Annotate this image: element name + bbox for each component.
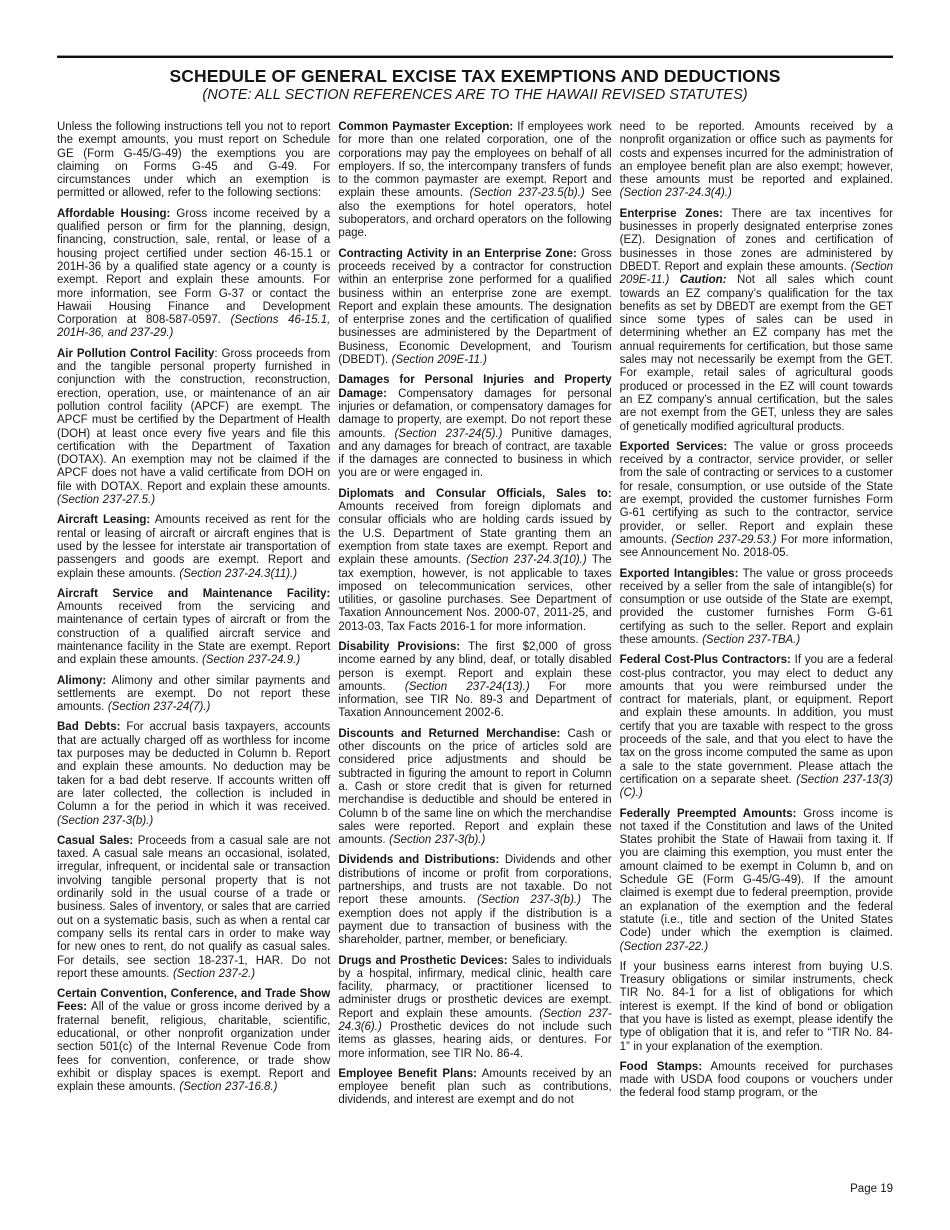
page-container: SCHEDULE OF GENERAL EXCISE TAX EXEMPTION… bbox=[0, 0, 950, 1230]
term-heading: Disability Provisions: bbox=[338, 641, 460, 653]
section-reference: (Section 237-24.3(10).) bbox=[466, 554, 586, 566]
paragraph: Aircraft Service and Maintenance Facilit… bbox=[57, 588, 330, 668]
paragraph: Unless the following instructions tell y… bbox=[57, 121, 330, 201]
paragraph: Federally Preempted Amounts: Gross incom… bbox=[620, 808, 893, 954]
term-heading: Drugs and Prosthetic Devices: bbox=[338, 955, 507, 967]
paragraph: Air Pollution Control Facility: Gross pr… bbox=[57, 348, 330, 508]
paragraph: Drugs and Prosthetic Devices: Sales to i… bbox=[338, 955, 611, 1061]
term-heading: Enterprise Zones: bbox=[620, 208, 723, 220]
term-heading: Dividends and Distributions: bbox=[338, 854, 499, 866]
section-reference: (Section 237-16.8.) bbox=[179, 1081, 277, 1093]
term-heading: Affordable Housing: bbox=[57, 208, 170, 220]
body-text-run: For accrual basis taxpayers, accounts th… bbox=[57, 721, 330, 813]
section-reference: (Section 237-23.5(b).) bbox=[470, 187, 585, 199]
document-page: { "header": { "title": "SCHEDULE OF GENE… bbox=[0, 0, 950, 1230]
paragraph: Casual Sales: Proceeds from a casual sal… bbox=[57, 835, 330, 981]
paragraph: Certain Convention, Conference, and Trad… bbox=[57, 988, 330, 1094]
section-reference: (Section 237-3(b).) bbox=[57, 815, 153, 827]
paragraph: Federal Cost-Plus Contractors: If you ar… bbox=[620, 654, 893, 800]
page-title: SCHEDULE OF GENERAL EXCISE TAX EXEMPTION… bbox=[57, 66, 893, 86]
body-text-run: Cash or other discounts on the price of … bbox=[338, 728, 611, 846]
section-reference: (Section 237-27.5.) bbox=[57, 494, 155, 506]
section-reference: (Section 237-24.9.) bbox=[202, 654, 300, 666]
section-reference: (Section 237-24(5).) bbox=[395, 428, 503, 440]
body-text-run: Unless the following instructions tell y… bbox=[57, 121, 330, 199]
page-subtitle: (NOTE: ALL SECTION REFERENCES ARE TO THE… bbox=[57, 87, 893, 104]
paragraph: Contracting Activity in an Enterprise Zo… bbox=[338, 248, 611, 368]
section-reference: (Section 237-3(b).) bbox=[389, 834, 485, 846]
section-reference: (Section 237-24.3(11).) bbox=[179, 568, 297, 580]
body-text-run: All of the value or gross income derived… bbox=[57, 1001, 330, 1093]
section-reference: (Section 237-22.) bbox=[620, 941, 709, 953]
page-number: Page 19 bbox=[850, 1183, 893, 1196]
term-heading: Alimony: bbox=[57, 675, 106, 687]
paragraph: Affordable Housing: Gross income receive… bbox=[57, 208, 330, 341]
paragraph: Employee Benefit Plans: Amounts received… bbox=[338, 1068, 611, 1108]
body-text-run: Gross income received by a qualified per… bbox=[57, 208, 330, 326]
paragraph: Common Paymaster Exception: If employees… bbox=[338, 121, 611, 241]
column-2: Common Paymaster Exception: If employees… bbox=[338, 121, 611, 1115]
text-columns: Unless the following instructions tell y… bbox=[57, 121, 893, 1115]
paragraph: Alimony: Alimony and other similar payme… bbox=[57, 675, 330, 715]
paragraph: Disability Provisions: The first $2,000 … bbox=[338, 641, 611, 721]
body-text-run: Gross proceeds received by a contractor … bbox=[338, 248, 611, 366]
paragraph: Discounts and Returned Merchandise: Cash… bbox=[338, 728, 611, 848]
paragraph: If your business earns interest from buy… bbox=[620, 961, 893, 1054]
term-heading: Casual Sales: bbox=[57, 835, 133, 847]
body-text-run: Not all sales which count towards an EZ … bbox=[620, 274, 893, 432]
body-text-run: The value or gross proceeds received by … bbox=[620, 441, 893, 546]
section-reference: (Section 237-TBA.) bbox=[702, 634, 800, 646]
paragraph: Enterprise Zones: There are tax incentiv… bbox=[620, 208, 893, 434]
body-text-run: need to be reported. Amounts received by… bbox=[620, 121, 893, 186]
section-reference: (Section 237-3(b).) bbox=[477, 894, 581, 906]
term-heading: Bad Debts: bbox=[57, 721, 120, 733]
term-heading: Federally Preempted Amounts: bbox=[620, 808, 797, 820]
caution-label: Caution: bbox=[680, 274, 727, 286]
section-reference: (Section 237-24(13).) bbox=[405, 681, 530, 693]
body-text-run: If you are a federal cost-plus contracto… bbox=[620, 654, 893, 786]
term-heading: Aircraft Service and Maintenance Facilit… bbox=[57, 588, 330, 600]
term-heading: Food Stamps: bbox=[620, 1061, 703, 1073]
paragraph: Exported Services: The value or gross pr… bbox=[620, 441, 893, 561]
column-1: Unless the following instructions tell y… bbox=[57, 121, 330, 1115]
section-reference: (Section 237-24.3(4).) bbox=[620, 187, 732, 199]
body-text-run: Gross income is not taxed if the Constit… bbox=[620, 808, 893, 940]
body-text-run: : Gross proceeds from and the tangible p… bbox=[57, 348, 330, 493]
section-reference: (Section 237-24(7).) bbox=[108, 701, 211, 713]
term-heading: Contracting Activity in an Enterprise Zo… bbox=[338, 248, 576, 260]
term-heading: Exported Intangibles: bbox=[620, 568, 739, 580]
term-heading: Employee Benefit Plans: bbox=[338, 1068, 477, 1080]
paragraph: Bad Debts: For accrual basis taxpayers, … bbox=[57, 721, 330, 827]
paragraph: Diplomats and Consular Officials, Sales … bbox=[338, 488, 611, 634]
term-heading: Aircraft Leasing: bbox=[57, 514, 150, 526]
term-heading: Air Pollution Control Facility bbox=[57, 348, 214, 360]
body-text-run: Proceeds from a casual sale are not taxe… bbox=[57, 835, 330, 980]
term-heading: Exported Services: bbox=[620, 441, 728, 453]
section-reference: (Section 237-2.) bbox=[173, 968, 255, 980]
horizontal-rule bbox=[57, 55, 893, 58]
paragraph: Aircraft Leasing: Amounts received as re… bbox=[57, 514, 330, 580]
paragraph: Food Stamps: Amounts received for purcha… bbox=[620, 1061, 893, 1101]
section-reference: (Section 237-29.53.) bbox=[671, 534, 776, 546]
paragraph: Dividends and Distributions: Dividends a… bbox=[338, 854, 611, 947]
column-3: need to be reported. Amounts received by… bbox=[620, 121, 893, 1115]
term-heading: Diplomats and Consular Officials, Sales … bbox=[338, 488, 611, 500]
section-reference: (Section 209E-11.) bbox=[392, 354, 487, 366]
term-heading: Federal Cost-Plus Contractors: bbox=[620, 654, 791, 666]
term-heading: Discounts and Returned Merchandise: bbox=[338, 728, 560, 740]
paragraph: Damages for Personal Injuries and Proper… bbox=[338, 374, 611, 480]
body-text-run: If your business earns interest from buy… bbox=[620, 961, 893, 1053]
paragraph: Exported Intangibles: The value or gross… bbox=[620, 568, 893, 648]
paragraph: need to be reported. Amounts received by… bbox=[620, 121, 893, 201]
term-heading: Common Paymaster Exception: bbox=[338, 121, 513, 133]
